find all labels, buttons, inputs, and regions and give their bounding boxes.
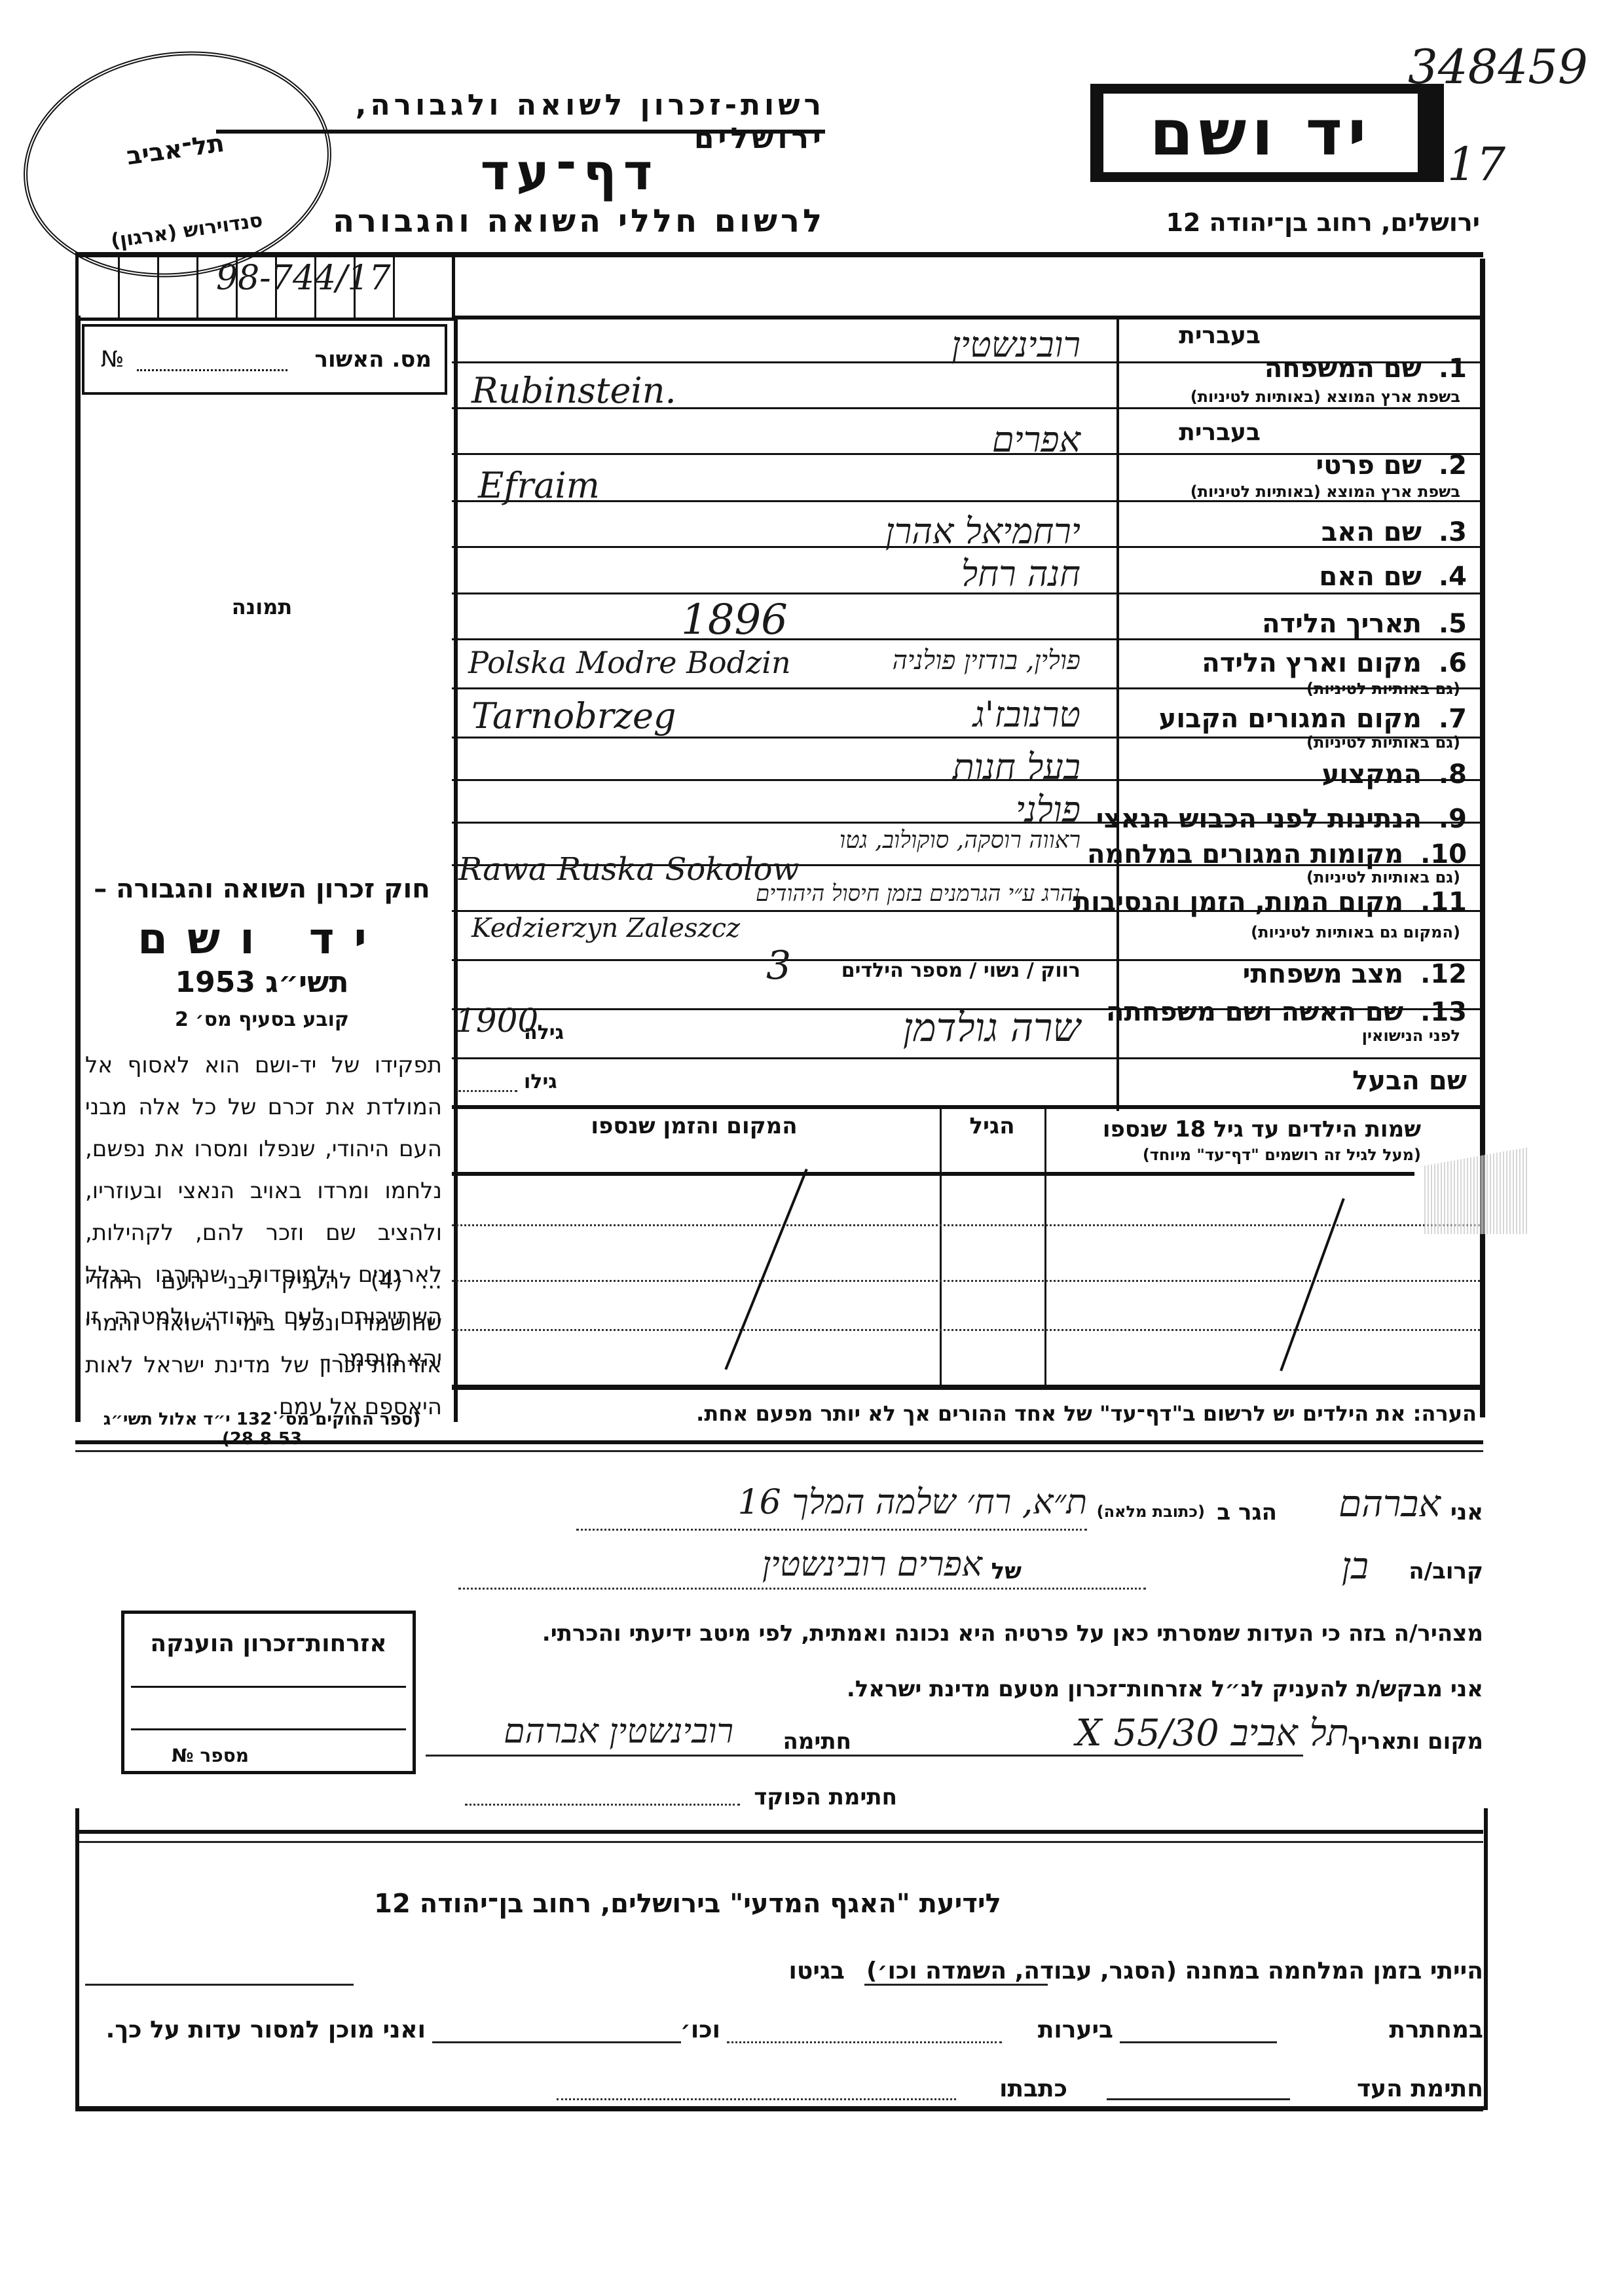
children-table-divider <box>940 1106 942 1388</box>
address-hint: (כתובת מלאה) <box>1097 1503 1205 1521</box>
header-rule <box>216 130 825 134</box>
victim-name-ref[interactable]: אפרים רובינשטין <box>762 1545 982 1584</box>
number-sign: № <box>101 346 124 373</box>
children-row[interactable] <box>452 1280 1480 1282</box>
label-birth-place: 6.מקום וארץ הלידה <box>1202 648 1467 678</box>
label-permanent-residence: 7.מקום המגורים הקבוע <box>1159 704 1467 734</box>
children-age-header: הגיל <box>943 1113 1041 1139</box>
first-name-hebrew[interactable]: אפרים <box>992 419 1080 460</box>
label-citizenship: 9.הנתינות לפני הכבוש הנאצי <box>1096 804 1467 834</box>
children-table-divider <box>1044 1106 1046 1388</box>
of-label: של <box>991 1558 1022 1584</box>
citizenship-granted-box: אזרחות־זכרון הוענקה מספר № <box>121 1611 416 1774</box>
mother-name-value[interactable]: חנה רחל <box>961 553 1080 594</box>
law-clause: קובע בסעיף מס׳ 2 <box>82 1008 442 1031</box>
relative-label: קרוב/ה <box>1409 1558 1483 1584</box>
label-profession: 8.המקצוע <box>1322 759 1467 790</box>
underground-label: במחתרת <box>1389 2016 1483 2043</box>
passport-number-field[interactable] <box>137 369 287 371</box>
declarant-name[interactable]: אברהם <box>1338 1483 1441 1525</box>
camp-field[interactable] <box>864 1984 1048 1986</box>
law-name: יד ושם <box>82 913 442 964</box>
logo-text: יד ושם <box>1103 94 1418 172</box>
children-note: הערה: את הילדים יש לרשום ב"דף־עד" של אחד… <box>458 1401 1477 1426</box>
father-name-value[interactable]: ירחמיאל אהרן <box>885 511 1080 552</box>
etc-field[interactable] <box>432 2041 681 2043</box>
children-count-value[interactable]: 3 <box>766 943 791 989</box>
children-row[interactable] <box>452 1224 1480 1226</box>
forests-field[interactable] <box>727 2041 1002 2043</box>
witness-address-field[interactable] <box>557 2098 956 2100</box>
witness-address-label: כתבתו <box>999 2075 1067 2102</box>
page-title: דף־עד <box>445 143 694 201</box>
testimony-text: ואני מוכן למסור עדות על כך. <box>106 2016 426 2043</box>
birth-place-latin[interactable]: Polska Modre Bodzin <box>468 645 791 680</box>
file-number: 348459 <box>1408 39 1588 94</box>
children-name-header: שמות הילדים עד גיל 18 שנספו <box>1051 1116 1421 1142</box>
relation-value[interactable]: בן <box>1342 1545 1369 1588</box>
official-signature-field[interactable] <box>465 1804 740 1806</box>
sublabel-family-name: בשפת ארץ המוצא (באותיות לטיניות) <box>1190 388 1460 406</box>
place-date-value[interactable]: תל אביב 30/X 55 <box>1076 1712 1349 1755</box>
yad-vashem-logo: יד ושם <box>1090 84 1444 182</box>
family-status-prompt: רווק / נשוי / מספר הילדים <box>841 959 1080 982</box>
sublabel-death-place: (המקום גם באותיות לטיניות) <box>1251 923 1460 941</box>
label-in-hebrew-1: בעברית <box>1179 322 1261 349</box>
family-name-latin[interactable]: Rubinstein. <box>471 370 676 411</box>
passport-number-box: מס. האשור № <box>82 324 447 395</box>
label-family-status: 12.מצב משפחתי <box>1243 959 1467 989</box>
bottom-title: לידיעת "האגף המדעי" בירושלים, רחוב בן־יה… <box>262 1889 1113 1919</box>
etc-label: וכו׳ <box>680 2016 720 2043</box>
death-place-latin[interactable]: Kedzierzyn Zaleszcz <box>471 913 740 943</box>
witness-signature-label: חתימת העד <box>1357 2075 1483 2102</box>
ghetto-label: בגיטו <box>789 1958 845 1984</box>
page-subtitle: לרשום חללי השואה והגבורה <box>282 203 825 240</box>
label-family-name: 1.שם המשפחה <box>1264 354 1467 384</box>
sublabel-permanent-residence: (גם באותיות לטיניות) <box>1306 733 1460 752</box>
declaration-text: מצהיר/ה בזה כי העדות שמסרתי כאן על פרטיה… <box>542 1620 1483 1647</box>
resides-label: הגר ב <box>1217 1499 1277 1525</box>
citizenship-title: אזרחות־זכרון הוענקה <box>124 1630 413 1657</box>
law-title: חוק זכרון השואה והגבורה – <box>82 874 442 904</box>
ghetto-field[interactable] <box>85 1984 354 1986</box>
children-row[interactable] <box>452 1329 1480 1331</box>
profession-value[interactable]: בעל חנות <box>953 746 1080 788</box>
declarant-address[interactable]: ת״א, רח׳ שלמה המלך 16 <box>738 1483 1087 1522</box>
address: ירושלים, רחוב בן־יהודה 12 <box>1061 208 1480 237</box>
citizenship-value[interactable]: פולני <box>1016 789 1080 830</box>
sublabel-wife-name: לפני הנישואין <box>1362 1027 1460 1045</box>
law-year: תשי״ג 1953 <box>82 966 442 999</box>
label-husband-name: שם הבעל <box>1352 1066 1467 1096</box>
residence-hebrew[interactable]: טרנובז'ג <box>973 694 1080 735</box>
husband-age-field[interactable] <box>458 1090 517 1092</box>
children-place-header: המקום והזמן שנספו <box>452 1113 936 1139</box>
label-death-place: 11.מקום המות, הזמן והנסיבות <box>1073 887 1467 917</box>
sublabel-first-name: בשפת ארץ המוצא (באותיות לטיניות) <box>1190 483 1460 501</box>
label-wife-name: 13.שם האשה ושם משפחתה <box>1106 997 1467 1027</box>
signature-value[interactable]: רובינשטין אברהם <box>504 1712 733 1751</box>
passport-label: מס. האשור <box>315 346 432 373</box>
birth-date-value[interactable]: 1896 <box>681 596 788 644</box>
wife-age-value[interactable]: 1900 <box>455 1002 538 1040</box>
place-date-label: מקום ותאריך <box>1348 1728 1483 1755</box>
death-place-hebrew[interactable]: נהרג ע״י הגרמנים בזמן חיסול היהודים <box>756 881 1080 907</box>
label-in-hebrew-2: בעברית <box>1179 419 1261 446</box>
sublabel-wartime-residence: (גם באותיות לטיניות) <box>1306 868 1460 886</box>
corner-mark: 17 <box>1447 137 1505 191</box>
signature-label: חתימה <box>783 1728 851 1755</box>
underground-field[interactable] <box>1120 2041 1277 2043</box>
birth-place-hebrew[interactable]: פולין, בודזין פולניה <box>892 645 1080 676</box>
children-name-subheader: (מעל לגיל זה רושמים "דף־עד" מיוחד) <box>1051 1146 1421 1164</box>
husband-age-label: גילו <box>524 1070 557 1093</box>
label-first-name: 2.שם פרטי <box>1316 450 1467 481</box>
official-signature-label: חתימת הפוקד <box>754 1784 897 1810</box>
label-birth-date: 5.תאריך הלידה <box>1262 609 1467 639</box>
label-wartime-residence: 10.מקומות המגורים במלחמה <box>1087 839 1467 869</box>
record-number: 98-744/17 <box>216 259 391 298</box>
citizenship-number-label: מספר № <box>172 1745 249 1766</box>
camp-label: הייתי בזמן המלחמה במחנה (הסגר, עבודה, הש… <box>866 1958 1483 1984</box>
sublabel-birth-place: (גם באותיות לטיניות) <box>1306 680 1460 698</box>
wife-name-value[interactable]: שרה גולדמן <box>903 1005 1080 1051</box>
wartime-residence-hebrew[interactable]: ראווה רוסקה, סוקולוב, גטו <box>840 826 1080 854</box>
residence-latin[interactable]: Tarnobrzeg <box>471 695 676 737</box>
request-text: אני מבקש/ת להעניק לנ״ל אזרחות־זכרון מטעם… <box>847 1676 1483 1702</box>
law-body-text-2: ... (4) להעניק לבני העם היהודי שהושמדו ו… <box>85 1260 442 1428</box>
stamp-bottom-text: סנדוירוש (ארגון) <box>62 202 312 260</box>
declaration-i-label: אני <box>1450 1499 1483 1525</box>
wartime-residence-latin[interactable]: Rawa Ruska Sokolow <box>458 851 800 888</box>
witness-signature-field[interactable] <box>1107 2098 1290 2100</box>
first-name-latin[interactable]: Efraim <box>478 465 600 506</box>
forests-label: ביערות <box>1038 2016 1113 2043</box>
photo-area[interactable] <box>82 393 442 851</box>
label-father-name: 3.שם האב <box>1321 517 1467 547</box>
family-name-hebrew[interactable]: רובינשטין <box>951 324 1080 365</box>
label-mother-name: 4.שם האם <box>1319 562 1467 592</box>
